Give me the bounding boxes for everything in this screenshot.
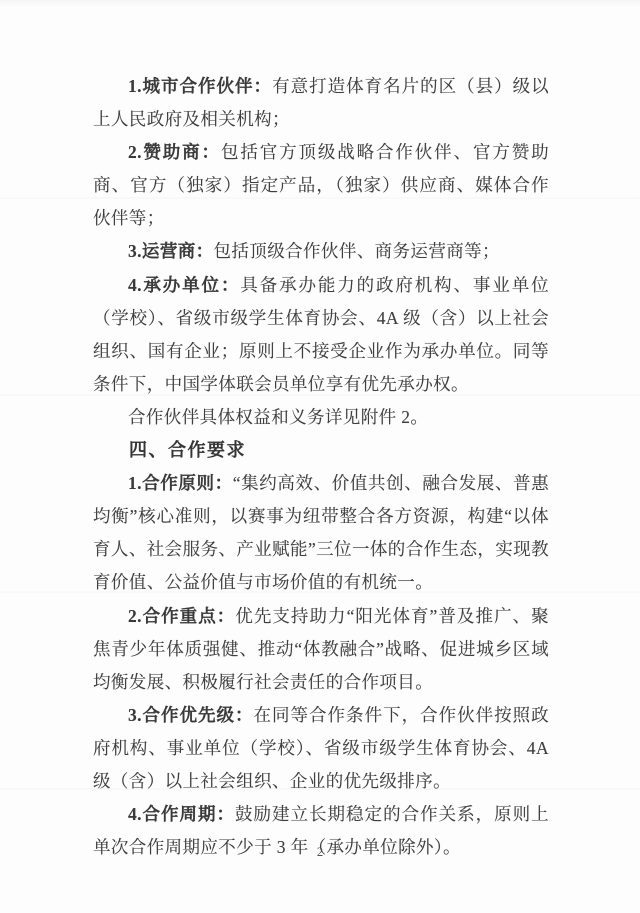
paragraph-text: 包括顶级合作伙伴、商务运营商等； — [214, 241, 500, 261]
paragraph-label: 3.合作优先级： — [128, 705, 254, 725]
paragraph-city-partner: 1.城市合作伙伴：有意打造体育名片的区（县）级以上人民政府及相关机构； — [93, 70, 549, 136]
paragraph-label: 1.合作原则： — [128, 473, 233, 493]
paragraph-cooperation-principle: 1.合作原则：“集约高效、价值共创、融合发展、普惠均衡”核心准则，以赛事为纽带整… — [93, 467, 549, 599]
paragraph-cooperation-focus: 2.合作重点：优先支持助力“阳光体育”普及推广、聚焦青少年体质强健、推动“体教融… — [93, 600, 549, 699]
document-body: 1.城市合作伙伴：有意打造体育名片的区（县）级以上人民政府及相关机构； 2.赞助… — [93, 70, 549, 864]
paragraph-label: 2.合作重点： — [128, 606, 235, 626]
paragraph-label: 1.城市合作伙伴： — [128, 76, 272, 96]
paragraph-label: 4.合作周期： — [128, 804, 235, 824]
paragraph-organizer: 4.承办单位：具备承办能力的政府机构、事业单位（学校）、省级市级学生体育协会、4… — [93, 269, 549, 401]
document-page: 1.城市合作伙伴：有意打造体育名片的区（县）级以上人民政府及相关机构； 2.赞助… — [0, 0, 640, 913]
paragraph-operator: 3.运营商：包括顶级合作伙伴、商务运营商等； — [93, 235, 549, 268]
paragraph-label: 3.运营商： — [128, 241, 214, 261]
paragraph-text: 合作伙伴具体权益和义务详见附件 2。 — [128, 407, 428, 427]
page-number: 2 — [0, 845, 640, 860]
paragraph-cooperation-priority: 3.合作优先级：在同等合作条件下，合作伙伴按照政府机构、事业单位（学校）、省级市… — [93, 699, 549, 798]
section-heading-cooperation-requirements: 四、合作要求 — [93, 434, 549, 467]
paragraph-label: 2.赞助商： — [128, 142, 221, 162]
paragraph-benefits-note: 合作伙伴具体权益和义务详见附件 2。 — [93, 401, 549, 434]
paragraph-label: 4.承办单位： — [128, 275, 240, 295]
paragraph-sponsor: 2.赞助商：包括官方顶级战略合作伙伴、官方赞助商、官方（独家）指定产品，（独家）… — [93, 136, 549, 235]
